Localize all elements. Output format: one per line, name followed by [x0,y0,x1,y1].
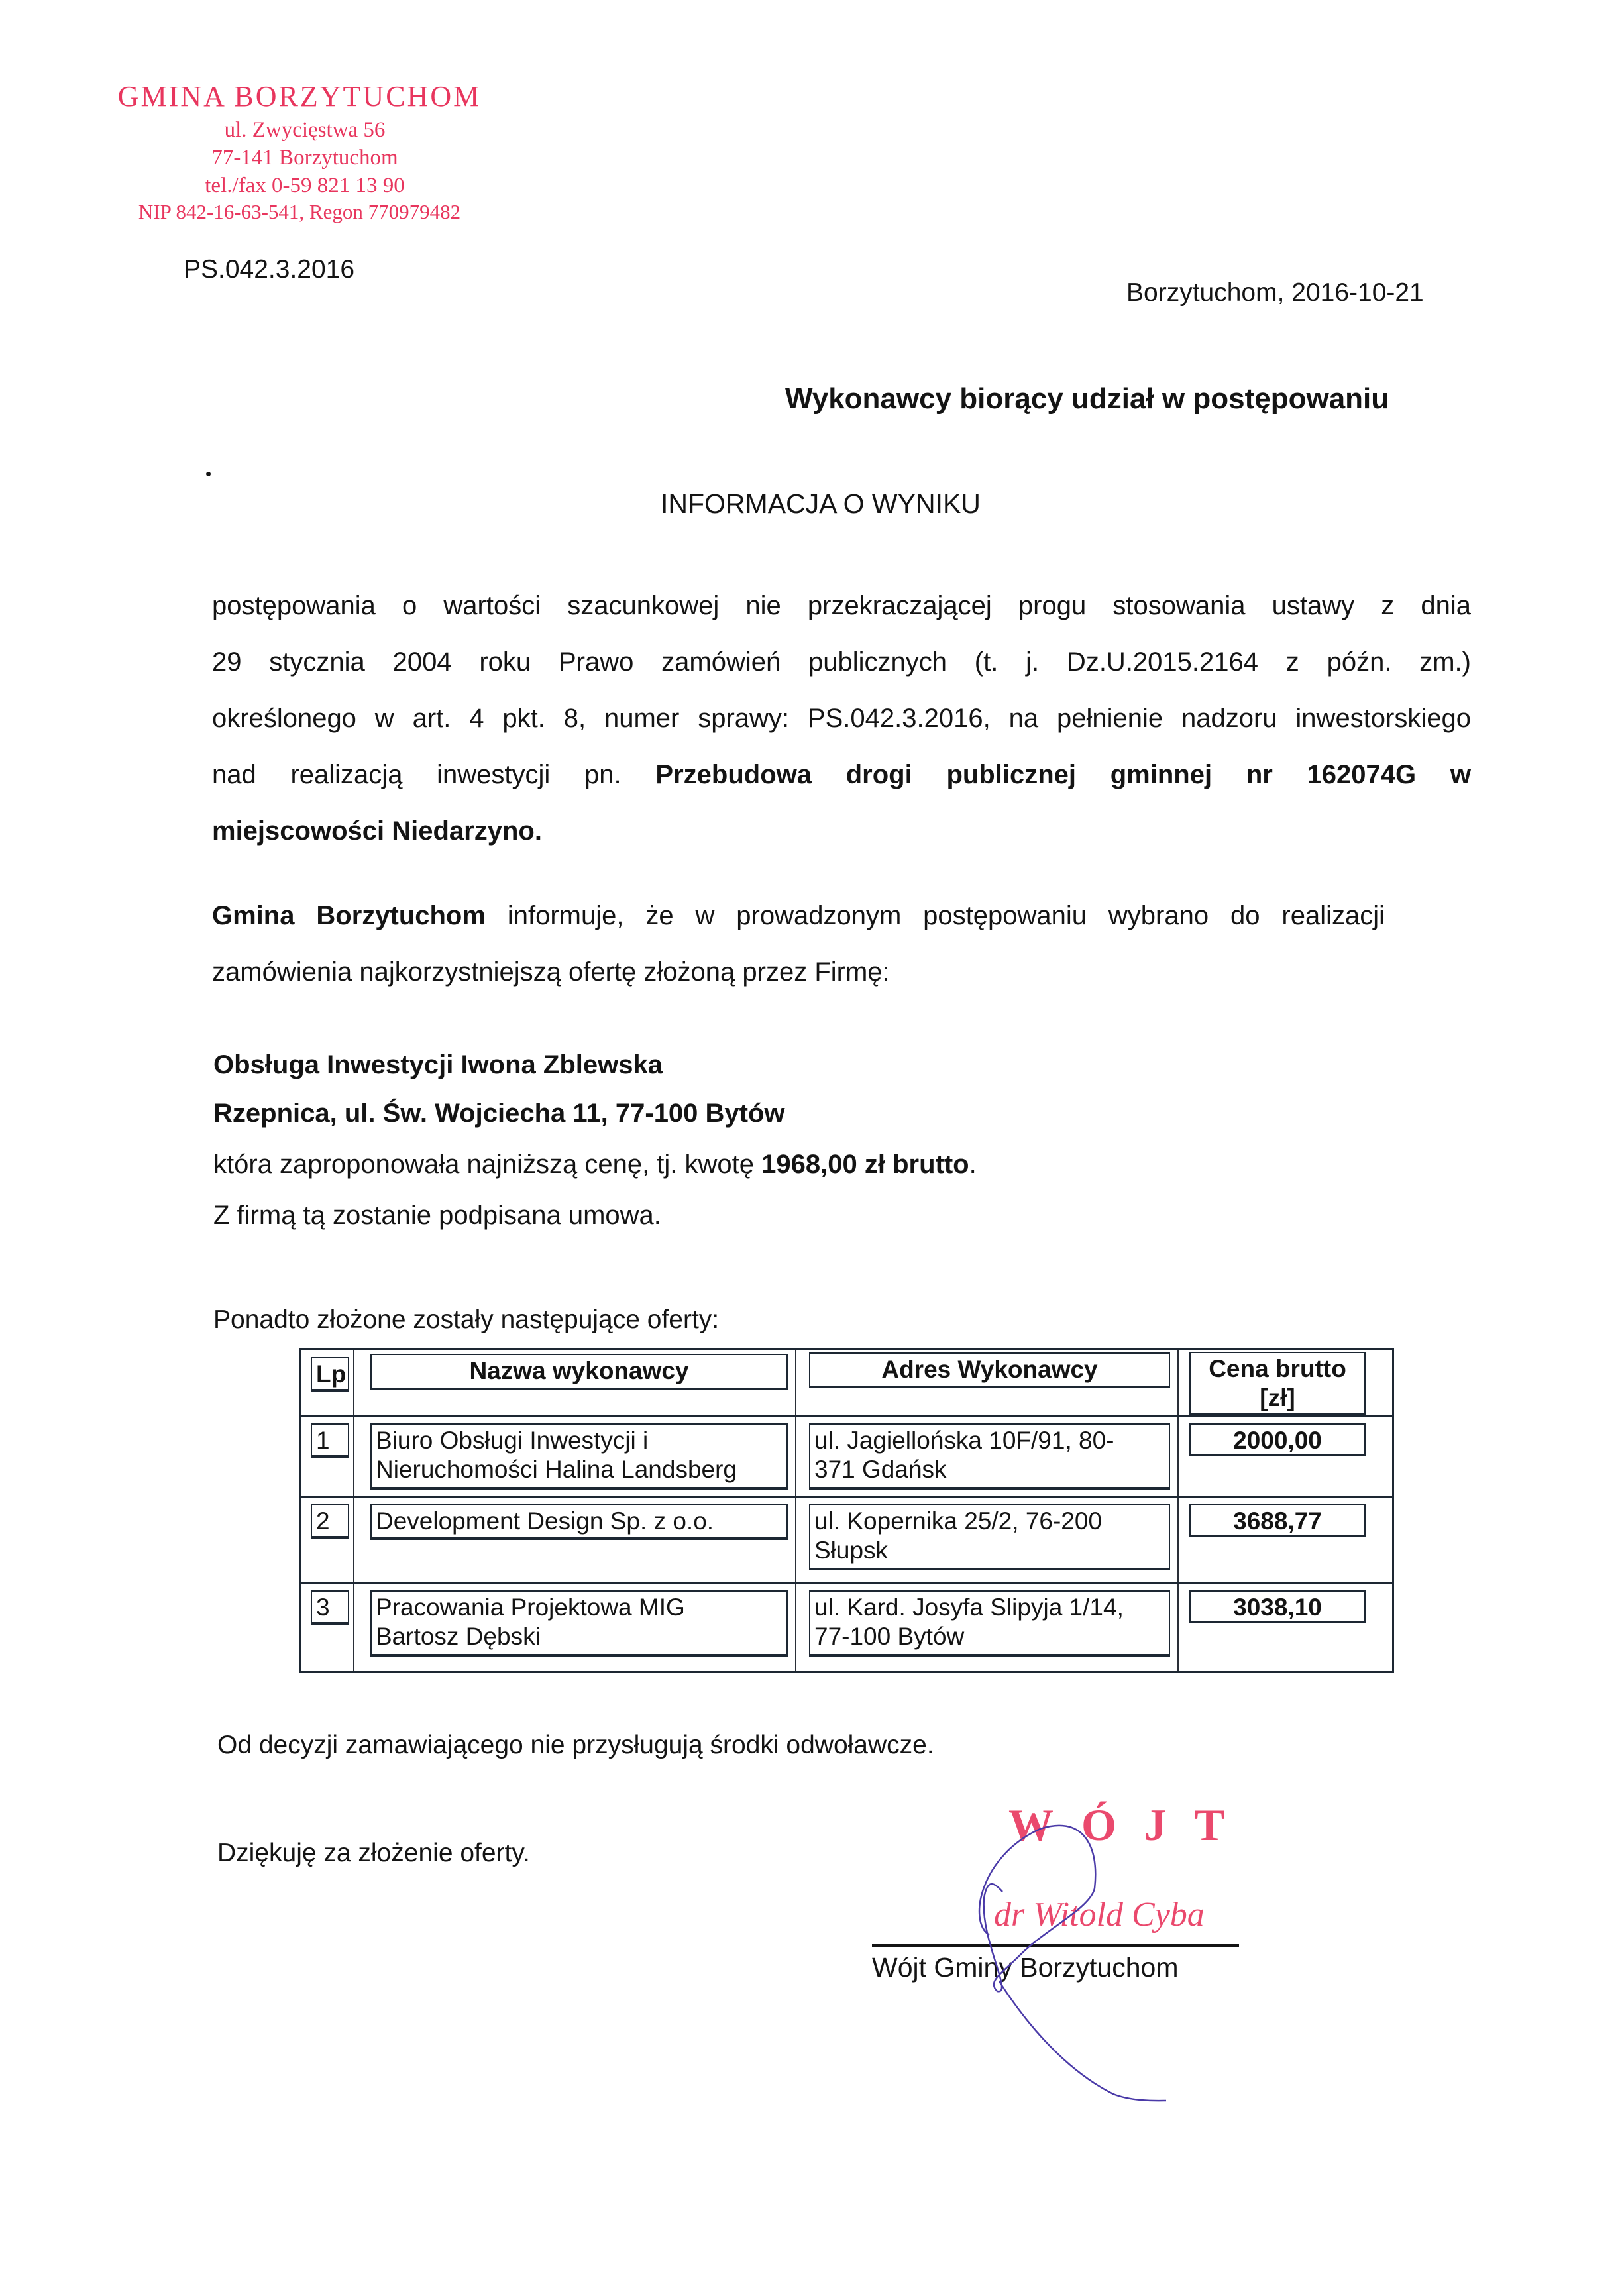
column-divider [353,1350,354,1671]
paragraph-line: zamówienia najkorzystniejszą ofertę złoż… [212,944,1385,1001]
office-stamp-name: GMINA BORZYTUCHOM [114,80,485,113]
procedure-paragraph: postępowania o wartości szacunkowej nie … [212,578,1471,859]
cell-lp: 1 [311,1423,349,1458]
office-stamp-city: 77-141 Borzytuchom [119,146,490,170]
header-lp: Lp [311,1357,349,1392]
office-stamp-ids: NIP 842-16-63-541, Regon 770979482 [114,200,485,224]
thanks-note: Dziękuję za złożenie oferty. [217,1839,530,1868]
cell-price: 3688,77 [1189,1504,1366,1537]
municipality-name: Gmina Borzytuchom [212,901,486,930]
reference-number: PS.042.3.2016 [184,255,354,284]
project-name: Przebudowa drogi publicznej gminnej nr 1… [655,760,1471,789]
other-offers-intro: Ponadto złożone zostały następujące ofer… [213,1305,719,1335]
paragraph-line: określonego w art. 4 pkt. 8, numer spraw… [212,690,1471,747]
winner-price-line: która zaproponowała najniższą cenę, tj. … [213,1150,977,1179]
column-divider [1177,1350,1179,1671]
header-name: Nazwa wykonawcy [370,1354,788,1390]
price-suffix: . [969,1150,977,1179]
header-price-line: Cena brutto [1209,1355,1346,1382]
header-price: Cena brutto[zł] [1189,1352,1366,1415]
cell-price: 2000,00 [1189,1423,1366,1456]
handwritten-signature-icon [848,1763,1279,2107]
cell-price: 3038,10 [1189,1590,1366,1623]
header-price-unit: [zł] [1260,1384,1295,1411]
cell-contractor-address: ul. Kard. Josyfa Slipyja 1/14,77-100 Byt… [809,1590,1170,1657]
column-divider [795,1350,796,1671]
cell-contractor-address: ul. Kopernika 25/2, 76-200Słupsk [809,1504,1170,1570]
header-address: Adres Wykonawcy [809,1352,1170,1388]
row-divider [301,1582,1392,1584]
paragraph-text: informuje, że w prowadzonym postępowaniu… [486,901,1385,930]
office-stamp-phone: tel./fax 0-59 821 13 90 [119,174,490,198]
winner-address: Rzepnica, ul. Św. Wojciecha 11, 77-100 B… [213,1099,785,1128]
cell-lp: 2 [311,1504,349,1539]
paragraph-line: 29 stycznia 2004 roku Prawo zamówień pub… [212,634,1471,690]
winner-price: 1968,00 zł brutto [761,1150,969,1179]
project-location: miejscowości Niedarzyno. [212,816,542,846]
place-date: Borzytuchom, 2016-10-21 [1126,278,1424,307]
offers-table: Lp Nazwa wykonawcy Adres Wykonawcy Cena … [299,1348,1394,1673]
contract-note: Z firmą tą zostanie podpisana umowa. [213,1201,661,1230]
paragraph-line: nad realizacją inwestycji pn. Przebudowa… [212,747,1471,803]
document-title: INFORMACJA O WYNIKU [661,488,981,519]
paragraph-line: Gmina Borzytuchom informuje, że w prowad… [212,888,1385,944]
office-stamp-street: ul. Zwycięstwa 56 [119,118,490,142]
no-appeal-note: Od decyzji zamawiającego nie przysługują… [217,1731,934,1760]
cell-contractor-address: ul. Jagiellońska 10F/91, 80-371 Gdańsk [809,1423,1170,1490]
paragraph-line: postępowania o wartości szacunkowej nie … [212,578,1471,634]
selection-paragraph: Gmina Borzytuchom informuje, że w prowad… [212,888,1385,1001]
winner-name: Obsługa Inwestycji Iwona Zblewska [213,1050,663,1080]
cell-contractor-name: Biuro Obsługi Inwestycji iNieruchomości … [370,1423,788,1490]
cell-lp: 3 [311,1590,349,1625]
paragraph-line: miejscowości Niedarzyno. [212,803,1471,859]
cell-contractor-name: Development Design Sp. z o.o. [370,1504,788,1540]
row-divider [301,1496,1392,1498]
cell-contractor-name: Pracowania Projektowa MIGBartosz Dębski [370,1590,788,1657]
paragraph-text: nad realizacją inwestycji pn. [212,760,622,789]
bullet-mark: • [205,464,211,484]
addressee: Wykonawcy biorący udział w postępowaniu [785,382,1389,415]
price-prefix: która zaproponowała najniższą cenę, tj. … [213,1150,761,1179]
